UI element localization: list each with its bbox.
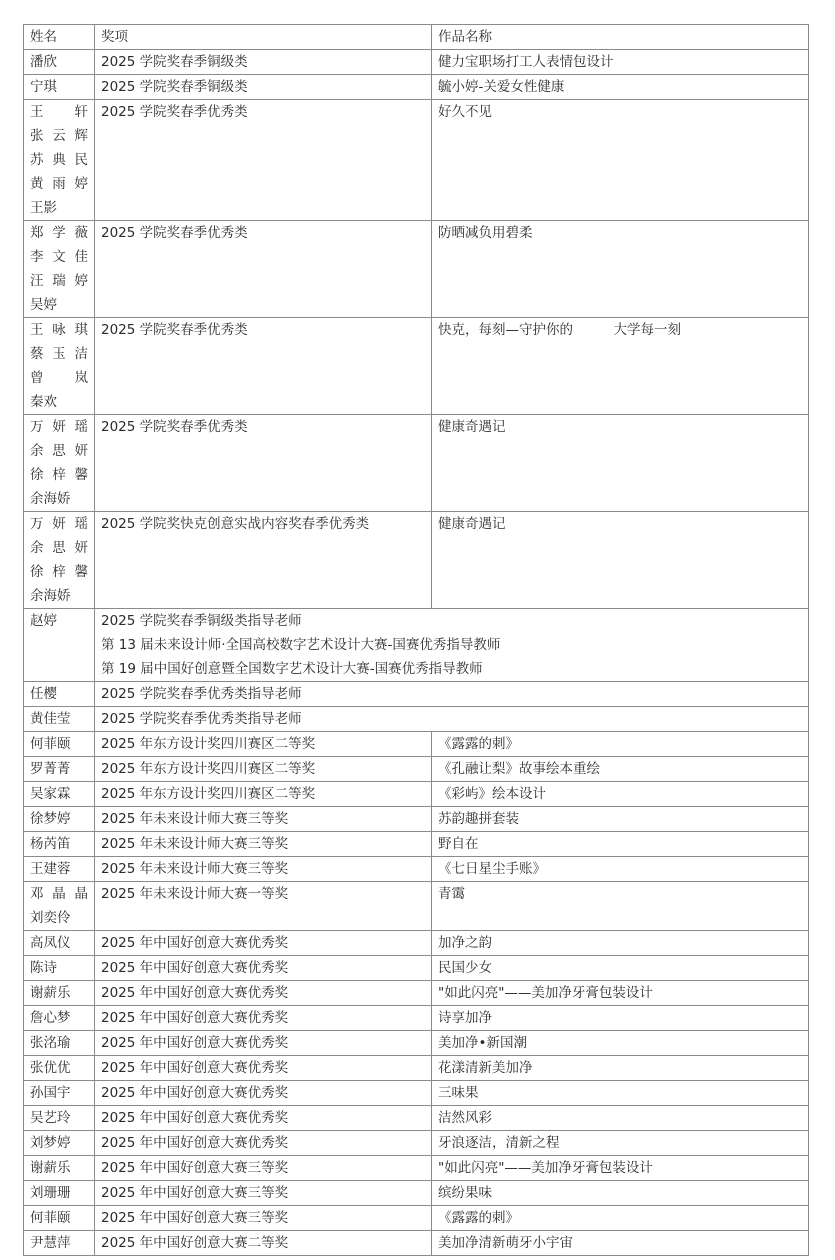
cell-names: 谢薪乐	[24, 981, 95, 1006]
cell-names: 张优优	[24, 1056, 95, 1081]
table-row: 吴艺玲2025 年中国好创意大赛优秀奖洁然风彩	[24, 1106, 809, 1131]
cell-award: 2025 年中国好创意大赛三等奖	[95, 1156, 432, 1181]
cell-work-title: 缤纷果味	[432, 1181, 809, 1206]
table-body: 潘欣2025 学院奖春季铜级类健力宝职场打工人表情包设计宁琪2025 学院奖春季…	[24, 50, 809, 1256]
person-name: 刘奕伶	[30, 906, 88, 930]
table-row: 万妍瑶余思妍徐梓馨余海娇2025 学院奖春季优秀类健康奇遇记	[24, 415, 809, 512]
cell-award: 2025 年中国好创意大赛优秀奖	[95, 1031, 432, 1056]
table-row: 黄佳莹2025 学院奖春季优秀类指导老师	[24, 707, 809, 732]
table-row: 陈诗2025 年中国好创意大赛优秀奖民国少女	[24, 956, 809, 981]
table-row: 孙国宇2025 年中国好创意大赛优秀奖三味果	[24, 1081, 809, 1106]
person-name: 吴艺玲	[30, 1106, 88, 1130]
person-name: 宁琪	[30, 75, 88, 99]
person-name: 张洺瑜	[30, 1031, 88, 1055]
cell-names: 郑学薇李文佳汪瑞婷吴婷	[24, 221, 95, 318]
table-row: 高凤仪2025 年中国好创意大赛优秀奖加净之韵	[24, 931, 809, 956]
cell-work-title: 三味果	[432, 1081, 809, 1106]
cell-work-title: 洁然风彩	[432, 1106, 809, 1131]
cell-work-title: "如此闪亮"——美加净牙膏包装设计	[432, 1156, 809, 1181]
person-name: 余海娇	[30, 584, 88, 608]
table-row: 何菲颐2025 年东方设计奖四川赛区二等奖《露露的刺》	[24, 732, 809, 757]
table-row: 潘欣2025 学院奖春季铜级类健力宝职场打工人表情包设计	[24, 50, 809, 75]
person-name: 张云辉	[30, 124, 88, 148]
cell-work-title: 加净之韵	[432, 931, 809, 956]
cell-names: 徐梦婷	[24, 807, 95, 832]
person-name: 李文佳	[30, 245, 88, 269]
cell-names: 高凤仪	[24, 931, 95, 956]
cell-award: 2025 年东方设计奖四川赛区二等奖	[95, 732, 432, 757]
cell-award: 2025 年中国好创意大赛优秀奖	[95, 1131, 432, 1156]
cell-names: 何菲颐	[24, 1206, 95, 1231]
person-name: 罗菁菁	[30, 757, 88, 781]
cell-work-title: 苏韵趣拼套装	[432, 807, 809, 832]
cell-names: 吴家霖	[24, 782, 95, 807]
table-row: 宁琪2025 学院奖春季铜级类毓小婷-关爱女性健康	[24, 75, 809, 100]
person-name: 汪瑞婷	[30, 269, 88, 293]
cell-award: 2025 年未来设计师大赛三等奖	[95, 857, 432, 882]
cell-work-title: 健康奇遇记	[432, 512, 809, 609]
person-name: 何菲颐	[30, 732, 88, 756]
table-row: 吴家霖2025 年东方设计奖四川赛区二等奖《彩屿》绘本设计	[24, 782, 809, 807]
person-name: 潘欣	[30, 50, 88, 74]
table-row: 王咏琪蔡玉洁曾 岚秦欢2025 学院奖春季优秀类快克，每刻—守护你的 大学每一刻	[24, 318, 809, 415]
cell-award: 2025 年中国好创意大赛三等奖	[95, 1206, 432, 1231]
cell-names: 邓晶晶刘奕伶	[24, 882, 95, 931]
cell-names: 尹慧萍	[24, 1231, 95, 1256]
table-row: 谢薪乐2025 年中国好创意大赛优秀奖"如此闪亮"——美加净牙膏包装设计	[24, 981, 809, 1006]
person-name: 秦欢	[30, 390, 88, 414]
cell-names: 王咏琪蔡玉洁曾 岚秦欢	[24, 318, 95, 415]
table-row: 郑学薇李文佳汪瑞婷吴婷2025 学院奖春季优秀类防晒减负用碧柔	[24, 221, 809, 318]
person-name: 詹心梦	[30, 1006, 88, 1030]
table-row: 杨芮笛2025 年未来设计师大赛三等奖野自在	[24, 832, 809, 857]
cell-award: 2025 年东方设计奖四川赛区二等奖	[95, 782, 432, 807]
cell-award: 2025 年中国好创意大赛优秀奖	[95, 1106, 432, 1131]
person-name: 谢薪乐	[30, 1156, 88, 1180]
person-name: 孙国宇	[30, 1081, 88, 1105]
cell-names: 谢薪乐	[24, 1156, 95, 1181]
cell-work-title: 《七日星尘手账》	[432, 857, 809, 882]
cell-award: 2025 学院奖春季优秀类	[95, 415, 432, 512]
cell-names: 万妍瑶余思妍徐梓馨余海娇	[24, 512, 95, 609]
cell-work-title: 防晒减负用碧柔	[432, 221, 809, 318]
cell-award: 2025 年中国好创意大赛二等奖	[95, 1231, 432, 1256]
person-name: 徐梦婷	[30, 807, 88, 831]
cell-work-title: 野自在	[432, 832, 809, 857]
cell-award: 2025 年未来设计师大赛三等奖	[95, 832, 432, 857]
cell-award: 2025 年未来设计师大赛一等奖	[95, 882, 432, 931]
cell-work-title: 毓小婷-关爱女性健康	[432, 75, 809, 100]
cell-names: 张洺瑜	[24, 1031, 95, 1056]
cell-award: 2025 年中国好创意大赛三等奖	[95, 1181, 432, 1206]
header-award: 奖项	[95, 25, 432, 50]
cell-work-title: 民国少女	[432, 956, 809, 981]
person-name: 郑学薇	[30, 221, 88, 245]
header-work: 作品名称	[432, 25, 809, 50]
person-name: 王影	[30, 196, 88, 220]
cell-work-title: 《露露的刺》	[432, 732, 809, 757]
cell-award: 2025 学院奖春季铜级类指导老师第 13 届未来设计师·全国高校数字艺术设计大…	[95, 609, 809, 682]
table-header-row: 姓名 奖项 作品名称	[24, 25, 809, 50]
cell-work-title: 健康奇遇记	[432, 415, 809, 512]
cell-names: 刘梦婷	[24, 1131, 95, 1156]
person-name: 何菲颐	[30, 1206, 88, 1230]
cell-names: 孙国宇	[24, 1081, 95, 1106]
cell-names: 罗菁菁	[24, 757, 95, 782]
table-row: 尹慧萍2025 年中国好创意大赛二等奖美加净清新萌牙小宇宙	[24, 1231, 809, 1256]
person-name: 刘梦婷	[30, 1131, 88, 1155]
cell-names: 宁琪	[24, 75, 95, 100]
person-name: 王建蓉	[30, 857, 88, 881]
table-row: 谢薪乐2025 年中国好创意大赛三等奖"如此闪亮"——美加净牙膏包装设计	[24, 1156, 809, 1181]
cell-names: 任樱	[24, 682, 95, 707]
person-name: 赵婷	[30, 609, 88, 633]
person-name: 王咏琪	[30, 318, 88, 342]
cell-names: 刘珊珊	[24, 1181, 95, 1206]
cell-work-title: 健力宝职场打工人表情包设计	[432, 50, 809, 75]
cell-names: 詹心梦	[24, 1006, 95, 1031]
table-row: 张洺瑜2025 年中国好创意大赛优秀奖美加净•新国潮	[24, 1031, 809, 1056]
cell-names: 王建蓉	[24, 857, 95, 882]
cell-names: 潘欣	[24, 50, 95, 75]
cell-names: 黄佳莹	[24, 707, 95, 732]
award-line: 第 19 届中国好创意暨全国数字艺术设计大赛-国赛优秀指导教师	[101, 657, 802, 681]
person-name: 黄雨婷	[30, 172, 88, 196]
cell-names: 何菲颐	[24, 732, 95, 757]
person-name: 邓晶晶	[30, 882, 88, 906]
cell-work-title: 美加净•新国潮	[432, 1031, 809, 1056]
cell-work-title: 《彩屿》绘本设计	[432, 782, 809, 807]
person-name: 黄佳莹	[30, 707, 88, 731]
person-name: 苏典民	[30, 148, 88, 172]
person-name: 蔡玉洁	[30, 342, 88, 366]
cell-award: 2025 学院奖春季优秀类指导老师	[95, 682, 809, 707]
cell-award: 2025 年中国好创意大赛优秀奖	[95, 931, 432, 956]
award-list-document: 姓名 奖项 作品名称 潘欣2025 学院奖春季铜级类健力宝职场打工人表情包设计宁…	[23, 24, 808, 1256]
cell-names: 王 轩张云辉苏典民黄雨婷王影	[24, 100, 95, 221]
cell-award: 2025 学院奖春季优秀类	[95, 100, 432, 221]
awards-table: 姓名 奖项 作品名称 潘欣2025 学院奖春季铜级类健力宝职场打工人表情包设计宁…	[23, 24, 809, 1256]
table-row: 王建蓉2025 年未来设计师大赛三等奖《七日星尘手账》	[24, 857, 809, 882]
cell-work-title: 诗享加净	[432, 1006, 809, 1031]
cell-work-title: 快克，每刻—守护你的 大学每一刻	[432, 318, 809, 415]
table-row: 徐梦婷2025 年未来设计师大赛三等奖苏韵趣拼套装	[24, 807, 809, 832]
cell-work-title: 好久不见	[432, 100, 809, 221]
cell-work-title: 《孔融让梨》故事绘本重绘	[432, 757, 809, 782]
person-name: 徐梓馨	[30, 560, 88, 584]
person-name: 吴家霖	[30, 782, 88, 806]
person-name: 余海娇	[30, 487, 88, 511]
cell-award: 2025 年中国好创意大赛优秀奖	[95, 981, 432, 1006]
cell-award: 2025 年中国好创意大赛优秀奖	[95, 956, 432, 981]
person-name: 尹慧萍	[30, 1231, 88, 1255]
cell-work-title: 青霭	[432, 882, 809, 931]
person-name: 刘珊珊	[30, 1181, 88, 1205]
cell-award: 2025 年中国好创意大赛优秀奖	[95, 1056, 432, 1081]
cell-award: 2025 学院奖春季优秀类	[95, 221, 432, 318]
person-name: 高凤仪	[30, 931, 88, 955]
table-row: 罗菁菁2025 年东方设计奖四川赛区二等奖《孔融让梨》故事绘本重绘	[24, 757, 809, 782]
cell-award: 2025 学院奖春季优秀类	[95, 318, 432, 415]
cell-names: 赵婷	[24, 609, 95, 682]
table-row: 刘梦婷2025 年中国好创意大赛优秀奖牙浪逐洁，清新之程	[24, 1131, 809, 1156]
cell-award: 2025 学院奖春季优秀类指导老师	[95, 707, 809, 732]
person-name: 余思妍	[30, 439, 88, 463]
person-name: 杨芮笛	[30, 832, 88, 856]
cell-award: 2025 年东方设计奖四川赛区二等奖	[95, 757, 432, 782]
cell-award: 2025 学院奖春季铜级类	[95, 75, 432, 100]
cell-award: 2025 年未来设计师大赛三等奖	[95, 807, 432, 832]
person-name: 任樱	[30, 682, 88, 706]
cell-work-title: 花漾清新美加净	[432, 1056, 809, 1081]
cell-names: 吴艺玲	[24, 1106, 95, 1131]
table-row: 任樱2025 学院奖春季优秀类指导老师	[24, 682, 809, 707]
person-name: 余思妍	[30, 536, 88, 560]
award-line: 第 13 届未来设计师·全国高校数字艺术设计大赛-国赛优秀指导教师	[101, 633, 802, 657]
person-name: 徐梓馨	[30, 463, 88, 487]
cell-work-title: "如此闪亮"——美加净牙膏包装设计	[432, 981, 809, 1006]
cell-award: 2025 学院奖快克创意实战内容奖春季优秀类	[95, 512, 432, 609]
cell-work-title: 美加净清新萌牙小宇宙	[432, 1231, 809, 1256]
table-row: 邓晶晶刘奕伶2025 年未来设计师大赛一等奖青霭	[24, 882, 809, 931]
table-row: 赵婷2025 学院奖春季铜级类指导老师第 13 届未来设计师·全国高校数字艺术设…	[24, 609, 809, 682]
table-row: 王 轩张云辉苏典民黄雨婷王影2025 学院奖春季优秀类好久不见	[24, 100, 809, 221]
header-name: 姓名	[24, 25, 95, 50]
cell-work-title: 《露露的刺》	[432, 1206, 809, 1231]
person-name: 吴婷	[30, 293, 88, 317]
cell-names: 杨芮笛	[24, 832, 95, 857]
cell-work-title: 牙浪逐洁，清新之程	[432, 1131, 809, 1156]
cell-names: 陈诗	[24, 956, 95, 981]
table-row: 何菲颐2025 年中国好创意大赛三等奖《露露的刺》	[24, 1206, 809, 1231]
award-line: 2025 学院奖春季铜级类指导老师	[101, 609, 802, 633]
person-name: 谢薪乐	[30, 981, 88, 1005]
person-name: 陈诗	[30, 956, 88, 980]
table-row: 刘珊珊2025 年中国好创意大赛三等奖缤纷果味	[24, 1181, 809, 1206]
person-name: 万妍瑶	[30, 415, 88, 439]
cell-award: 2025 学院奖春季铜级类	[95, 50, 432, 75]
person-name: 万妍瑶	[30, 512, 88, 536]
table-row: 詹心梦2025 年中国好创意大赛优秀奖诗享加净	[24, 1006, 809, 1031]
person-name: 王 轩	[30, 100, 88, 124]
table-row: 张优优2025 年中国好创意大赛优秀奖花漾清新美加净	[24, 1056, 809, 1081]
person-name: 曾 岚	[30, 366, 88, 390]
cell-award: 2025 年中国好创意大赛优秀奖	[95, 1006, 432, 1031]
cell-award: 2025 年中国好创意大赛优秀奖	[95, 1081, 432, 1106]
cell-names: 万妍瑶余思妍徐梓馨余海娇	[24, 415, 95, 512]
table-row: 万妍瑶余思妍徐梓馨余海娇2025 学院奖快克创意实战内容奖春季优秀类健康奇遇记	[24, 512, 809, 609]
person-name: 张优优	[30, 1056, 88, 1080]
